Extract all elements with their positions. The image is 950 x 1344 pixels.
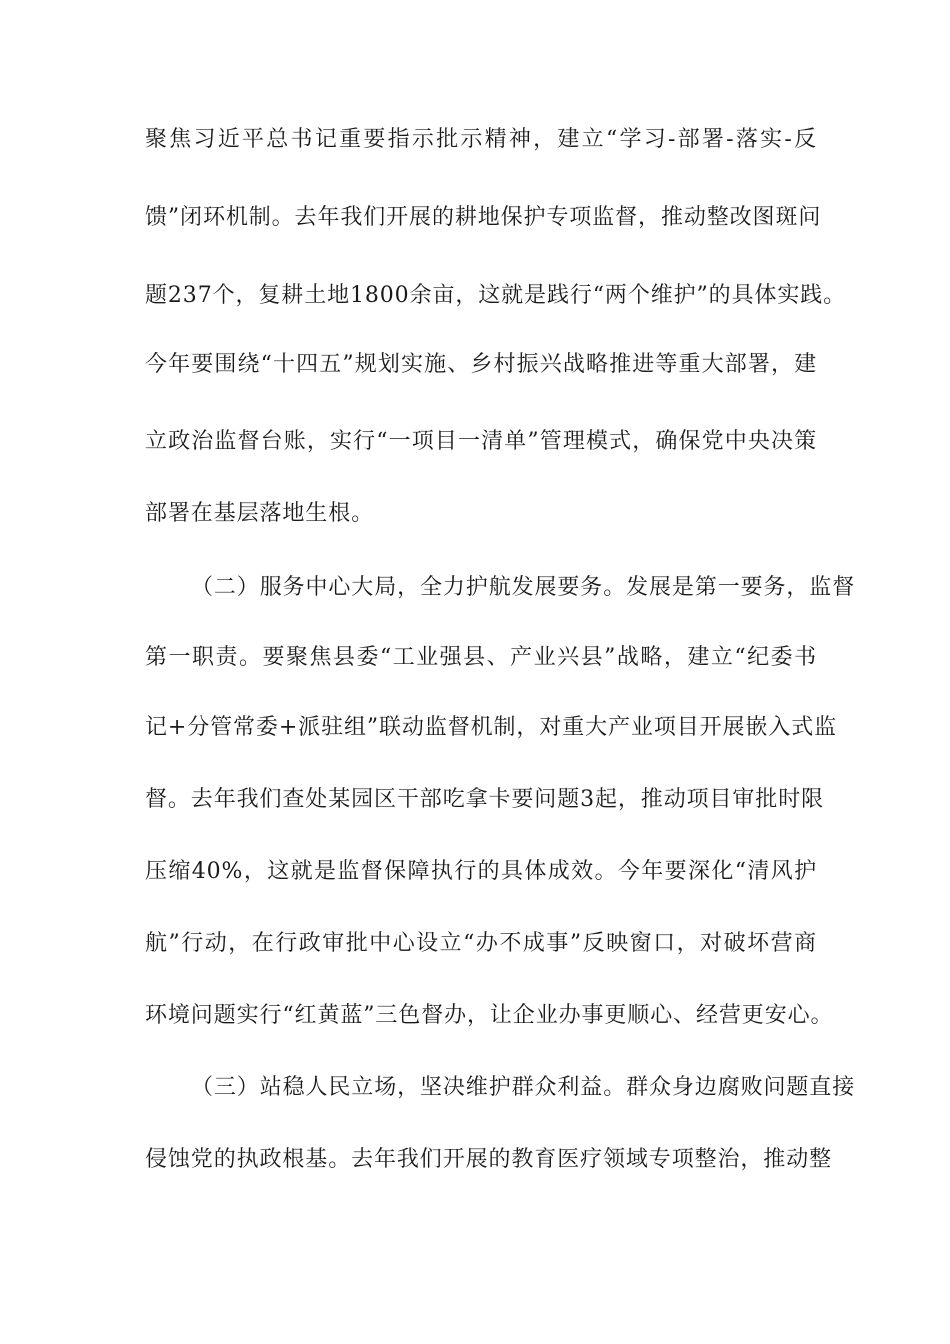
text-line: 馈”闭环机制。去年我们开展的耕地保护专项监督，推动整改图斑问 (145, 204, 817, 232)
text-line: 航”行动，在行政审批中心设立“办不成事”反映窗口，对破坏营商 (145, 930, 817, 958)
text-line: 环境问题实行“红黄蓝”三色督办，让企业办事更顺心、经营更安心。 (145, 1002, 817, 1030)
document-page: 聚焦习近平总书记重要指示批示精神，建立“学习-部署-落实-反 馈”闭环机制。去年… (0, 0, 950, 1344)
section-heading-line: （二）服务中心大局，全力护航发展要务。发展是第一要务，监督 (145, 574, 817, 602)
section-heading-line: （三）站稳人民立场，坚决维护群众利益。群众身边腐败问题直接 (145, 1074, 817, 1102)
text-line: 题237个，复耕土地1800余亩，这就是践行“两个维护”的具体实践。 (145, 282, 817, 310)
text-line: 聚焦习近平总书记重要指示批示精神，建立“学习-部署-落实-反 (145, 126, 817, 154)
text-line: 部署在基层落地生根。 (145, 500, 817, 528)
text-line: 立政治监督台账，实行“一项目一清单”管理模式，确保党中央决策 (145, 428, 817, 456)
text-line: 督。去年我们查处某园区干部吃拿卡要问题3起，推动项目审批时限 (145, 786, 817, 814)
text-line: 侵蚀党的执政根基。去年我们开展的教育医疗领域专项整治，推动整 (145, 1146, 817, 1174)
text-line: 第一职责。要聚焦县委“工业强县、产业兴县”战略，建立“纪委书 (145, 644, 817, 672)
text-line: 记+分管常委+派驻组”联动监督机制，对重大产业项目开展嵌入式监 (145, 714, 817, 742)
text-line: 今年要围绕“十四五”规划实施、乡村振兴战略推进等重大部署，建 (145, 351, 817, 379)
text-line: 压缩40%，这就是监督保障执行的具体成效。今年要深化“清风护 (145, 858, 817, 886)
